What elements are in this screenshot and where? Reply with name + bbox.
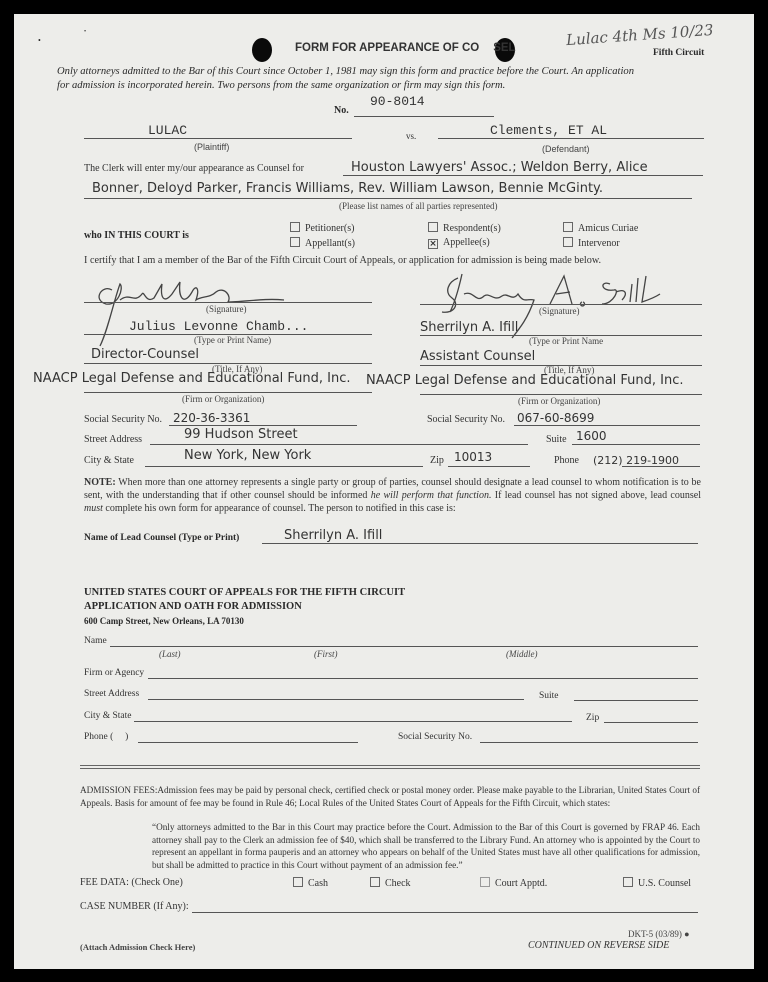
plaintiff-value[interactable]: LULAC xyxy=(148,123,187,138)
defendant-value[interactable]: Clements, ET AL xyxy=(490,123,607,138)
signature-2-line xyxy=(420,304,702,305)
role-appellee[interactable]: ×Appellee(s) xyxy=(428,237,490,249)
form-title: FORM FOR APPEARANCE OF COSEL xyxy=(295,42,516,54)
role-appellant-label: Appellant(s) xyxy=(305,238,355,249)
ssn-1-label: Social Security No. xyxy=(84,414,162,425)
note-bold: NOTE: xyxy=(84,477,116,488)
parties-line-1[interactable]: Houston Lawyers' Assoc.; Weldon Berry, A… xyxy=(351,160,648,175)
ssn-2-label: Social Security No. xyxy=(427,414,505,425)
app-name-label: Name xyxy=(84,636,107,646)
attorney-2-name[interactable]: Sherrilyn A. Ifill xyxy=(420,320,518,335)
app-name-line[interactable] xyxy=(110,646,698,647)
parties-line-1-rule xyxy=(343,175,703,176)
checkbox-petitioner[interactable] xyxy=(290,222,300,232)
case-number-if-any-line[interactable] xyxy=(192,912,698,913)
attorney-2-name-caption: (Type or Print Name xyxy=(529,336,603,346)
street-line xyxy=(150,444,528,445)
app-firm-label: Firm or Agency xyxy=(84,668,144,678)
fee-option-cash[interactable]: Cash xyxy=(293,877,328,889)
intro-line-1: Only attorneys admitted to the Bar of th… xyxy=(57,66,634,77)
form-id: DKT-5 (03/89) ● xyxy=(628,929,690,939)
role-intervenor[interactable]: Intervenor xyxy=(563,237,620,249)
app-street-line[interactable] xyxy=(148,699,524,700)
app-zip-line[interactable] xyxy=(604,722,698,723)
role-intervenor-label: Intervenor xyxy=(578,238,620,249)
form-id-text: DKT-5 (03/89) xyxy=(628,929,682,939)
admission-fees-paragraph: ADMISSION FEES:Admission fees may be pai… xyxy=(80,784,700,809)
phone-line xyxy=(622,466,700,467)
attorney-1-name[interactable]: Julius Levonne Chamb... xyxy=(129,319,308,334)
attach-check-note: (Attach Admission Check Here) xyxy=(80,942,195,952)
app-suite-label: Suite xyxy=(539,691,559,701)
lead-counsel-line xyxy=(262,543,698,544)
app-zip-label: Zip xyxy=(586,713,599,723)
app-phone-line[interactable] xyxy=(138,742,358,743)
lead-counsel-value[interactable]: Sherrilyn A. Ifill xyxy=(284,528,382,543)
note-italic-2: must xyxy=(84,503,103,514)
fee-option-court-apptd[interactable]: Court Apptd. xyxy=(480,877,547,889)
fee-option-us-counsel[interactable]: U.S. Counsel xyxy=(623,877,691,889)
bullet-icon: ● xyxy=(684,929,689,939)
attorney-1-firm[interactable]: NAACP Legal Defense and Educational Fund… xyxy=(33,371,351,386)
checkbox-us-counsel[interactable] xyxy=(623,877,633,887)
role-petitioner-label: Petitioner(s) xyxy=(305,223,354,234)
attorney-2-firm[interactable]: NAACP Legal Defense and Educational Fund… xyxy=(366,373,684,388)
app-ssn-line[interactable] xyxy=(480,742,698,743)
fee-cash-label: Cash xyxy=(308,878,328,889)
fee-data-label: FEE DATA: (Check One) xyxy=(80,877,183,888)
app-phone-label: Phone ( ) xyxy=(84,732,128,742)
section-divider-bottom xyxy=(80,768,700,769)
role-amicus[interactable]: Amicus Curiae xyxy=(563,222,638,234)
punch-hole-left xyxy=(252,38,272,62)
zip-value[interactable]: 10013 xyxy=(454,450,492,464)
app-firm-line[interactable] xyxy=(148,678,698,679)
title-part-1: FORM FOR APPEARANCE OF CO xyxy=(295,42,479,54)
checkbox-respondent[interactable] xyxy=(428,222,438,232)
attorney-1-title[interactable]: Director-Counsel xyxy=(91,347,199,362)
role-label: who IN THIS COURT is xyxy=(84,230,189,241)
role-petitioner[interactable]: Petitioner(s) xyxy=(290,222,354,234)
ssn-1-value[interactable]: 220-36-3361 xyxy=(173,411,250,425)
note-italic-1: he will perform that function. xyxy=(371,490,492,501)
suite-value[interactable]: 1600 xyxy=(576,429,607,443)
zip-label: Zip xyxy=(430,455,444,466)
note-paragraph: NOTE: When more than one attorney repres… xyxy=(84,476,701,515)
defendant-caption: (Defendant) xyxy=(542,144,590,154)
checkbox-court-apptd[interactable] xyxy=(480,877,490,887)
role-respondent-label: Respondent(s) xyxy=(443,223,501,234)
suite-label: Suite xyxy=(546,434,567,445)
parties-line-2[interactable]: Bonner, Deloyd Parker, Francis Williams,… xyxy=(92,181,603,196)
lead-counsel-label: Name of Lead Counsel (Type or Print) xyxy=(84,533,239,543)
signature-1-caption: (Signature) xyxy=(206,304,247,314)
plaintiff-line xyxy=(84,138,352,139)
checkbox-cash[interactable] xyxy=(293,877,303,887)
handwritten-note: Lulac 4th Ms 10/23 xyxy=(566,21,714,49)
case-number-line xyxy=(354,116,494,117)
parties-caption: (Please list names of all parties repres… xyxy=(339,201,497,211)
suite-line xyxy=(572,444,700,445)
ssn-2-value[interactable]: 067-60-8699 xyxy=(517,411,594,425)
note-text-2: If lead counsel has not signed above, le… xyxy=(491,490,701,501)
continued-note: CONTINUED ON REVERSE SIDE xyxy=(528,940,669,951)
signature-2-caption: (Signature) xyxy=(539,306,580,316)
app-middle-caption: (Middle) xyxy=(506,649,538,659)
fee-court-apptd-label: Court Apptd. xyxy=(495,878,547,889)
app-last-caption: (Last) xyxy=(159,649,181,659)
note-text-3: complete his own form for appearance of … xyxy=(103,503,456,514)
attorney-1-name-caption: (Type or Print Name) xyxy=(194,335,271,345)
ssn-2-line xyxy=(514,425,700,426)
app-city-label: City & State xyxy=(84,711,132,721)
plaintiff-caption: (Plaintiff) xyxy=(194,142,229,152)
city-value[interactable]: New York, New York xyxy=(184,448,311,463)
attorney-2-firm-line xyxy=(420,394,702,395)
checkbox-amicus[interactable] xyxy=(563,222,573,232)
admission-fees-quote: “Only attorneys admitted to the Bar in t… xyxy=(152,821,700,871)
application-address: 600 Camp Street, New Orleans, LA 70130 xyxy=(84,616,244,626)
attorney-1-firm-line xyxy=(84,392,372,393)
intro-line-2: for admission is incorporated herein. Tw… xyxy=(57,80,505,91)
role-respondent[interactable]: Respondent(s) xyxy=(428,222,501,234)
street-value[interactable]: 99 Hudson Street xyxy=(184,427,298,442)
app-suite-line[interactable] xyxy=(574,700,698,701)
speck: • xyxy=(38,36,41,45)
app-first-caption: (First) xyxy=(314,649,338,659)
street-label: Street Address xyxy=(84,434,142,445)
city-line xyxy=(145,466,423,467)
application-heading-2: APPLICATION AND OATH FOR ADMISSION xyxy=(84,601,302,612)
case-number-label: No. xyxy=(334,105,349,116)
app-street-label: Street Address xyxy=(84,689,139,699)
title-part-2: SEL xyxy=(493,42,515,54)
role-amicus-label: Amicus Curiae xyxy=(578,223,638,234)
vs-label: vs. xyxy=(406,131,416,141)
checkbox-check[interactable] xyxy=(370,877,380,887)
app-ssn-label: Social Security No. xyxy=(398,732,472,742)
fee-us-counsel-label: U.S. Counsel xyxy=(638,878,691,889)
defendant-line xyxy=(438,138,704,139)
attorney-2-firm-caption: (Firm or Organization) xyxy=(518,396,600,406)
checkbox-appellee-checked[interactable]: × xyxy=(428,239,438,249)
phone-label: Phone xyxy=(554,455,579,466)
checkbox-appellant[interactable] xyxy=(290,237,300,247)
case-number-value[interactable]: 90-8014 xyxy=(370,94,425,109)
role-appellant[interactable]: Appellant(s) xyxy=(290,237,355,249)
app-city-line[interactable] xyxy=(134,721,572,722)
speck: • xyxy=(84,29,86,35)
attorney-2-title[interactable]: Assistant Counsel xyxy=(420,349,535,364)
circuit-label: Fifth Circuit xyxy=(653,48,704,58)
parties-label: The Clerk will enter my/our appearance a… xyxy=(84,163,304,174)
section-divider-top xyxy=(80,765,700,766)
zip-line xyxy=(448,466,530,467)
checkbox-intervenor[interactable] xyxy=(563,237,573,247)
ssn-1-line xyxy=(169,425,357,426)
case-number-if-any-label: CASE NUMBER (If Any): xyxy=(80,901,189,912)
city-label: City & State xyxy=(84,455,134,466)
application-heading-1: UNITED STATES COURT OF APPEALS FOR THE F… xyxy=(84,587,405,598)
role-appellee-label: Appellee(s) xyxy=(443,237,490,248)
attorney-1-firm-caption: (Firm or Organization) xyxy=(182,394,264,404)
signature-1-line xyxy=(84,302,372,303)
parties-line-2-rule xyxy=(84,198,692,199)
fee-check-label: Check xyxy=(385,878,411,889)
form-page: • • FORM FOR APPEARANCE OF COSEL Lulac 4… xyxy=(14,14,754,969)
fee-option-check[interactable]: Check xyxy=(370,877,411,889)
